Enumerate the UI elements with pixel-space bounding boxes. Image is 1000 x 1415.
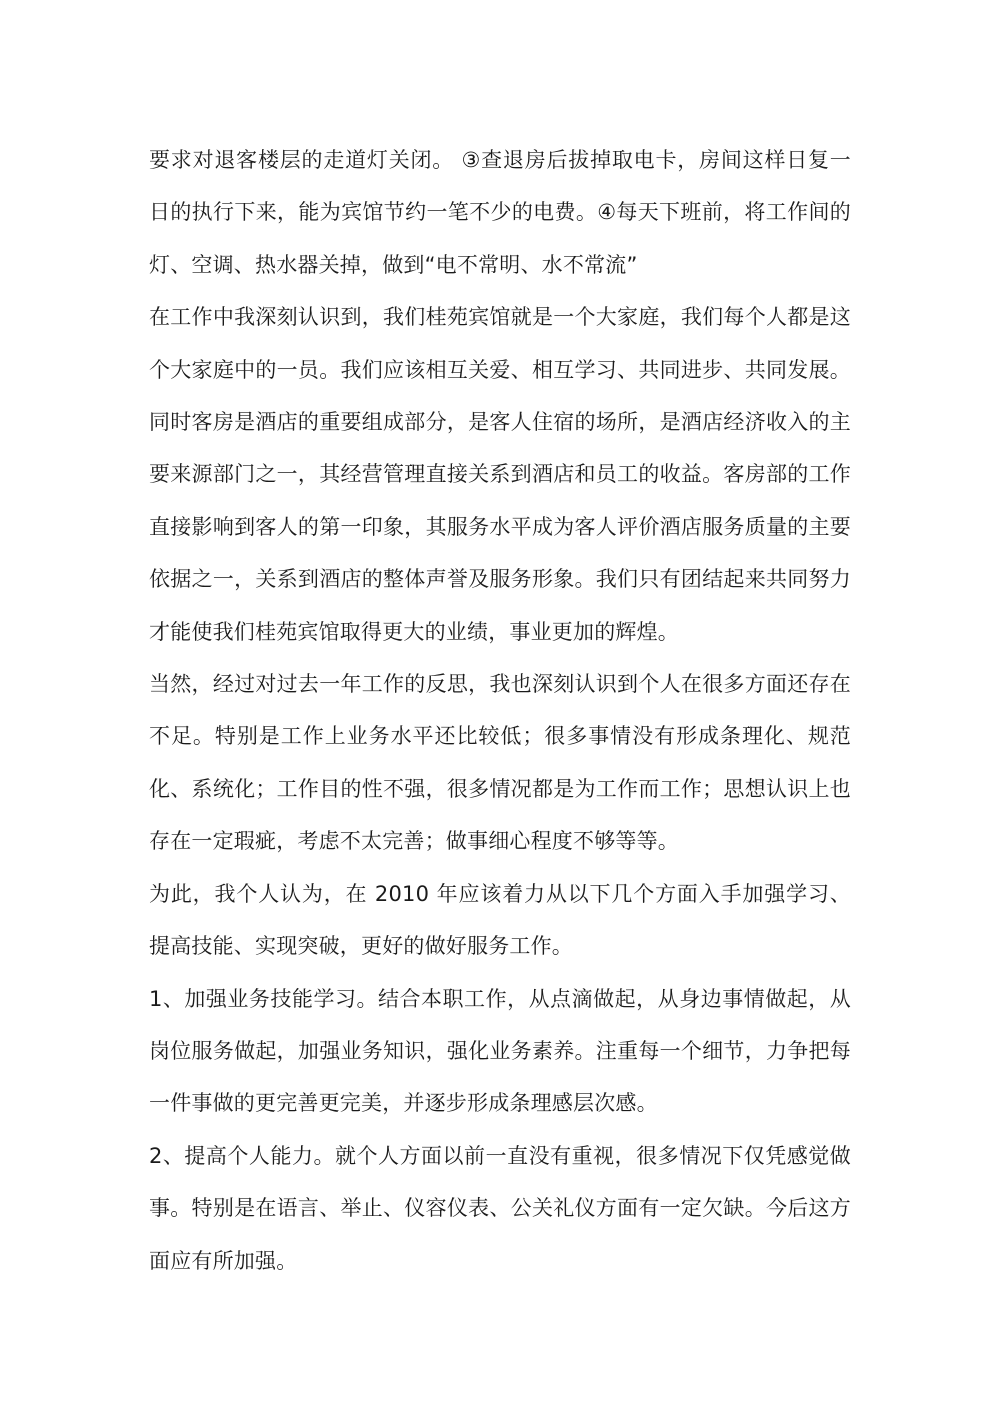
document-text-block: 要求对退客楼层的走道灯关闭。 ③查退房后拔掉取电卡，房间这样日复一日的执行下来，… — [149, 134, 851, 1287]
paragraph-hotel-family-and-housekeeping-importance: 在工作中我深刻认识到，我们桂苑宾馆就是一个大家庭，我们每个人都是这个大家庭中的一… — [149, 291, 851, 658]
document-page: 要求对退客楼层的走道灯关闭。 ③查退房后拔掉取电卡，房间这样日复一日的执行下来，… — [0, 0, 1000, 1415]
paragraph-2010-improvement-plan-intro: 为此，我个人认为，在 2010 年应该着力从以下几个方面入手加强学习、提高技能、… — [149, 868, 851, 973]
paragraph-item-1-strengthen-skills: 1、加强业务技能学习。结合本职工作，从点滴做起，从身边事情做起，从岗位服务做起，… — [149, 973, 851, 1130]
paragraph-energy-saving-measures: 要求对退客楼层的走道灯关闭。 ③查退房后拔掉取电卡，房间这样日复一日的执行下来，… — [149, 134, 851, 291]
paragraph-item-2-improve-personal-ability: 2、提高个人能力。就个人方面以前一直没有重视，很多情况下仅凭感觉做事。特别是在语… — [149, 1130, 851, 1287]
paragraph-self-reflection-shortcomings: 当然，经过对过去一年工作的反思，我也深刻认识到个人在很多方面还存在不足。特别是工… — [149, 658, 851, 868]
